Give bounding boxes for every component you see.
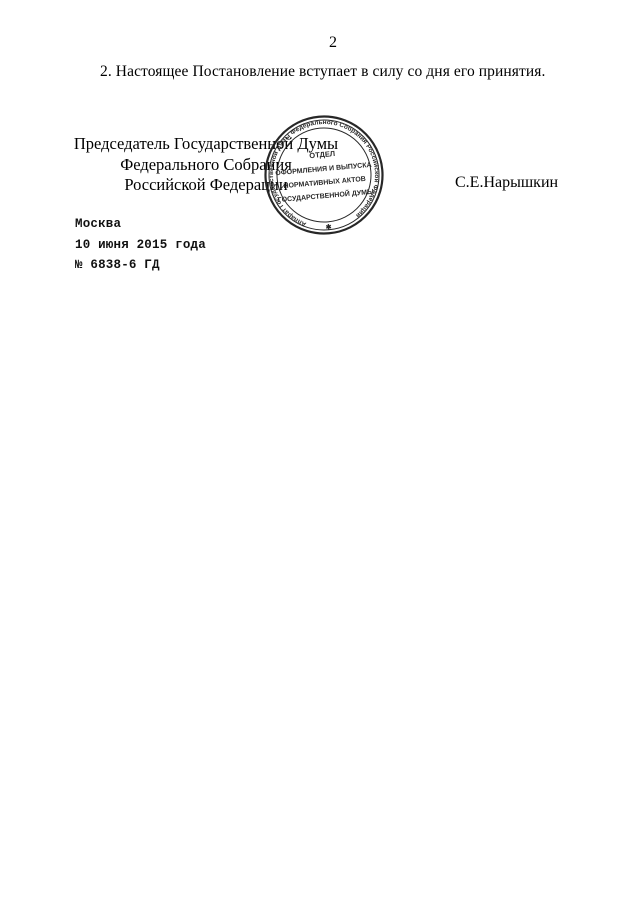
signee-name: С.Е.Нарышкин bbox=[455, 174, 558, 192]
stamp-center-line-2: ОФОРМЛЕНИЯ И ВЫПУСКА bbox=[275, 162, 372, 177]
stamp-center-line-3: НОРМАТИВНЫХ АКТОВ bbox=[283, 176, 366, 190]
issuance-city: Москва bbox=[75, 214, 206, 235]
stamp-star-icon: ✱ bbox=[325, 223, 332, 231]
issuance-date: 10 июня 2015 года bbox=[75, 235, 206, 256]
issuance-number: № 6838-6 ГД bbox=[75, 255, 206, 276]
issuance-block: Москва 10 июня 2015 года № 6838-6 ГД bbox=[75, 214, 206, 276]
official-stamp: Аппарат Государственной Думы Федеральног… bbox=[259, 110, 389, 240]
stamp-center-line-1: ОТДЕЛ bbox=[309, 149, 336, 160]
page-number: 2 bbox=[329, 34, 337, 52]
body-paragraph: 2. Настоящее Постановление вступает в си… bbox=[100, 63, 560, 81]
